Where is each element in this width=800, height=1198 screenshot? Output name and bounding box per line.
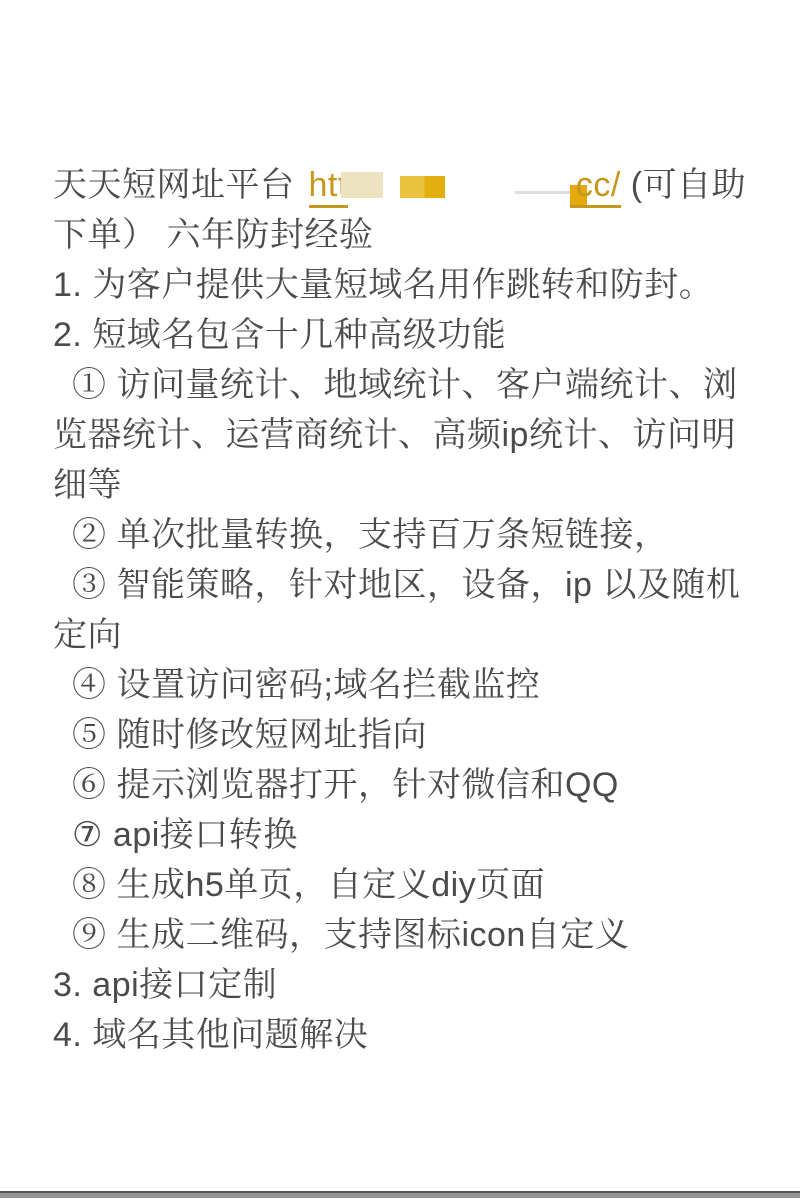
url-redaction-block-cream: [341, 172, 383, 198]
text-line: 4. 域名其他问题解决: [53, 1010, 763, 1060]
bottom-divider: [0, 1191, 800, 1198]
text-line: ① 访问量统计、地域统计、客户端统计、浏: [53, 360, 763, 410]
title-line: 天天短网址平台httcc/(可自助: [53, 160, 763, 210]
text-line: ⑨ 生成二维码，支持图标icon自定义: [53, 910, 763, 960]
text-line: 细等: [53, 460, 763, 510]
text-line: ⑦ api接口转换: [53, 810, 763, 860]
short-url-suffix[interactable]: cc/: [570, 166, 621, 208]
text-line: ⑤ 随时修改短网址指向: [53, 710, 763, 760]
text-line: 2. 短域名包含十几种高级功能: [53, 310, 763, 360]
feature-list: 下单） 六年防封经验1. 为客户提供大量短域名用作跳转和防封。2. 短域名包含十…: [53, 210, 763, 1060]
text-line: ③ 智能策略，针对地区，设备，ip 以及随机: [53, 560, 763, 610]
short-url-suffix-group: cc/: [570, 160, 621, 210]
text-line: 览器统计、运营商统计、高频ip统计、访问明: [53, 410, 763, 460]
after-url-text: (可自助: [631, 166, 746, 204]
url-redaction-block-gold: [400, 176, 445, 198]
document-canvas: 天天短网址平台httcc/(可自助 下单） 六年防封经验1. 为客户提供大量短域…: [0, 0, 800, 1198]
text-line: 3. api接口定制: [53, 960, 763, 1010]
url-redaction-underline: [515, 191, 570, 194]
text-line: ② 单次批量转换，支持百万条短链接，: [53, 510, 763, 560]
text-line: 1. 为客户提供大量短域名用作跳转和防封。: [53, 260, 763, 310]
text-line: ④ 设置访问密码;域名拦截监控: [53, 660, 763, 710]
brand-name: 天天短网址平台: [53, 166, 295, 204]
text-line: ⑧ 生成h5单页，自定义diy页面: [53, 860, 763, 910]
text-line: 定向: [53, 610, 763, 660]
text-block: 天天短网址平台httcc/(可自助 下单） 六年防封经验1. 为客户提供大量短域…: [53, 160, 763, 1060]
text-line: ⑥ 提示浏览器打开，针对微信和QQ: [53, 760, 763, 810]
text-line: 下单） 六年防封经验: [53, 210, 763, 260]
